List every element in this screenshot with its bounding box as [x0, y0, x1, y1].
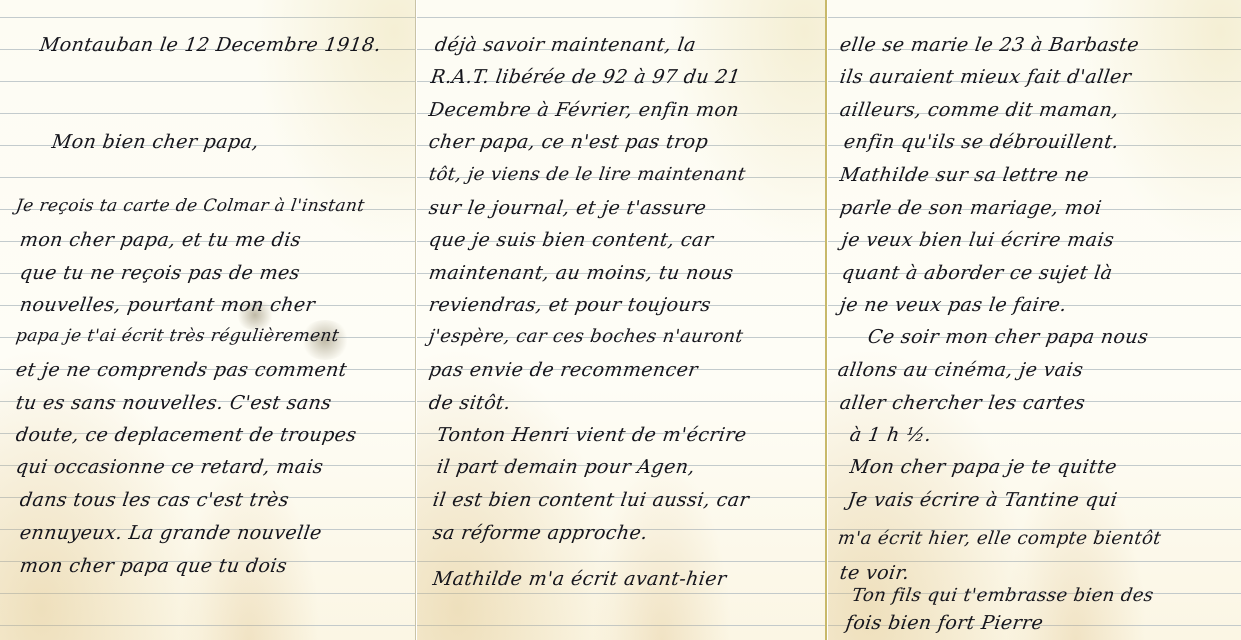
letter-line: aller chercher les cartes [838, 392, 1086, 414]
letter-line: Mathilde sur sa lettre ne [838, 164, 1090, 186]
letter-line: je ne veux pas le faire. [838, 294, 1068, 316]
letter-line: que je suis bien content, car [427, 229, 714, 251]
letter-line: doute, ce deplacement de troupes [14, 424, 358, 446]
letter-line: maintenant, au moins, tu nous [427, 262, 735, 284]
letter-line: j'espère, car ces boches n'auront [428, 326, 745, 347]
letter-line: quant à aborder ce sujet là [840, 262, 1114, 284]
letter-line: dans tous les cas c'est très [18, 489, 290, 511]
letter-line: allons au cinéma, je vais [836, 359, 1084, 381]
letter-line: tu es sans nouvelles. C'est sans [14, 392, 333, 414]
letter-line: sur le journal, et je t'assure [427, 197, 707, 219]
letter-line: tôt, je viens de le lire maintenant [428, 164, 747, 185]
letter-line: de sitôt. [427, 392, 512, 414]
letter-line: m'a écrit hier, elle compte bientôt [837, 528, 1163, 549]
letter-line: cher papa, ce n'est pas trop [427, 131, 709, 153]
letter-salutation: Mon bien cher papa, [50, 131, 260, 153]
letter-line: mon cher papa, et tu me dis [18, 229, 302, 251]
letter-line: reviendras, et pour toujours [427, 294, 712, 316]
letter-line: ils auraient mieux fait d'aller [838, 66, 1132, 88]
letter-page-right: elle se marie le 23 à Barbaste ils aurai… [828, 0, 1241, 640]
letter-line: Mathilde m'a écrit avant-hier [431, 568, 728, 590]
letter-line: enfin qu'ils se débrouillent. [842, 131, 1120, 153]
letter-line: papa je t'ai écrit très régulièrement [15, 326, 341, 346]
letter-line: ennuyeux. La grande nouvelle [18, 522, 323, 544]
letter-date-line: Montauban le 12 Decembre 1918. [38, 34, 382, 56]
letter-line: ailleurs, comme dit maman, [838, 99, 1120, 121]
letter-line: elle se marie le 23 à Barbaste [838, 34, 1140, 56]
letter-line: Je reçois ta carte de Colmar à l'instant [15, 196, 366, 216]
letter-line: te voir. [838, 562, 910, 584]
letter-signature: fois bien fort Pierre [844, 612, 1044, 634]
letter-line: Ce soir mon cher papa nous [866, 326, 1149, 348]
letter-line: sa réforme approche. [431, 522, 649, 544]
letter-line: mon cher papa que tu dois [18, 555, 288, 577]
letter-line: je veux bien lui écrire mais [840, 229, 1115, 251]
letter-line: déjà savoir maintenant, la [433, 34, 697, 56]
letter-line: Tonton Henri vient de m'écrire [435, 424, 748, 446]
letter-line: à 1 h ½. [848, 424, 933, 446]
letter-line: et je ne comprends pas comment [14, 359, 348, 381]
letter-line: il part demain pour Agen, [435, 456, 696, 478]
letter-line: R.A.T. libérée de 92 à 97 du 21 [429, 66, 742, 88]
letter-closing: Ton fils qui t'embrasse bien des [851, 585, 1156, 606]
letter-line: qui occasionne ce retard, mais [14, 456, 324, 478]
letter-line: Decembre à Février, enfin mon [427, 99, 740, 121]
letter-line: Mon cher papa je te quitte [848, 456, 1118, 478]
letter-page-middle: déjà savoir maintenant, la R.A.T. libéré… [417, 0, 827, 640]
letter-line: parle de son mariage, moi [838, 197, 1103, 219]
letter-line: il est bien content lui aussi, car [431, 489, 750, 511]
letter-page-left: Montauban le 12 Decembre 1918. Mon bien … [0, 0, 416, 640]
letter-line: que tu ne reçois pas de mes [18, 262, 301, 284]
letter-line: pas envie de recommencer [427, 359, 699, 381]
letter-line: Je vais écrire à Tantine qui [846, 489, 1118, 511]
letter-line: nouvelles, pourtant mon cher [18, 294, 316, 316]
